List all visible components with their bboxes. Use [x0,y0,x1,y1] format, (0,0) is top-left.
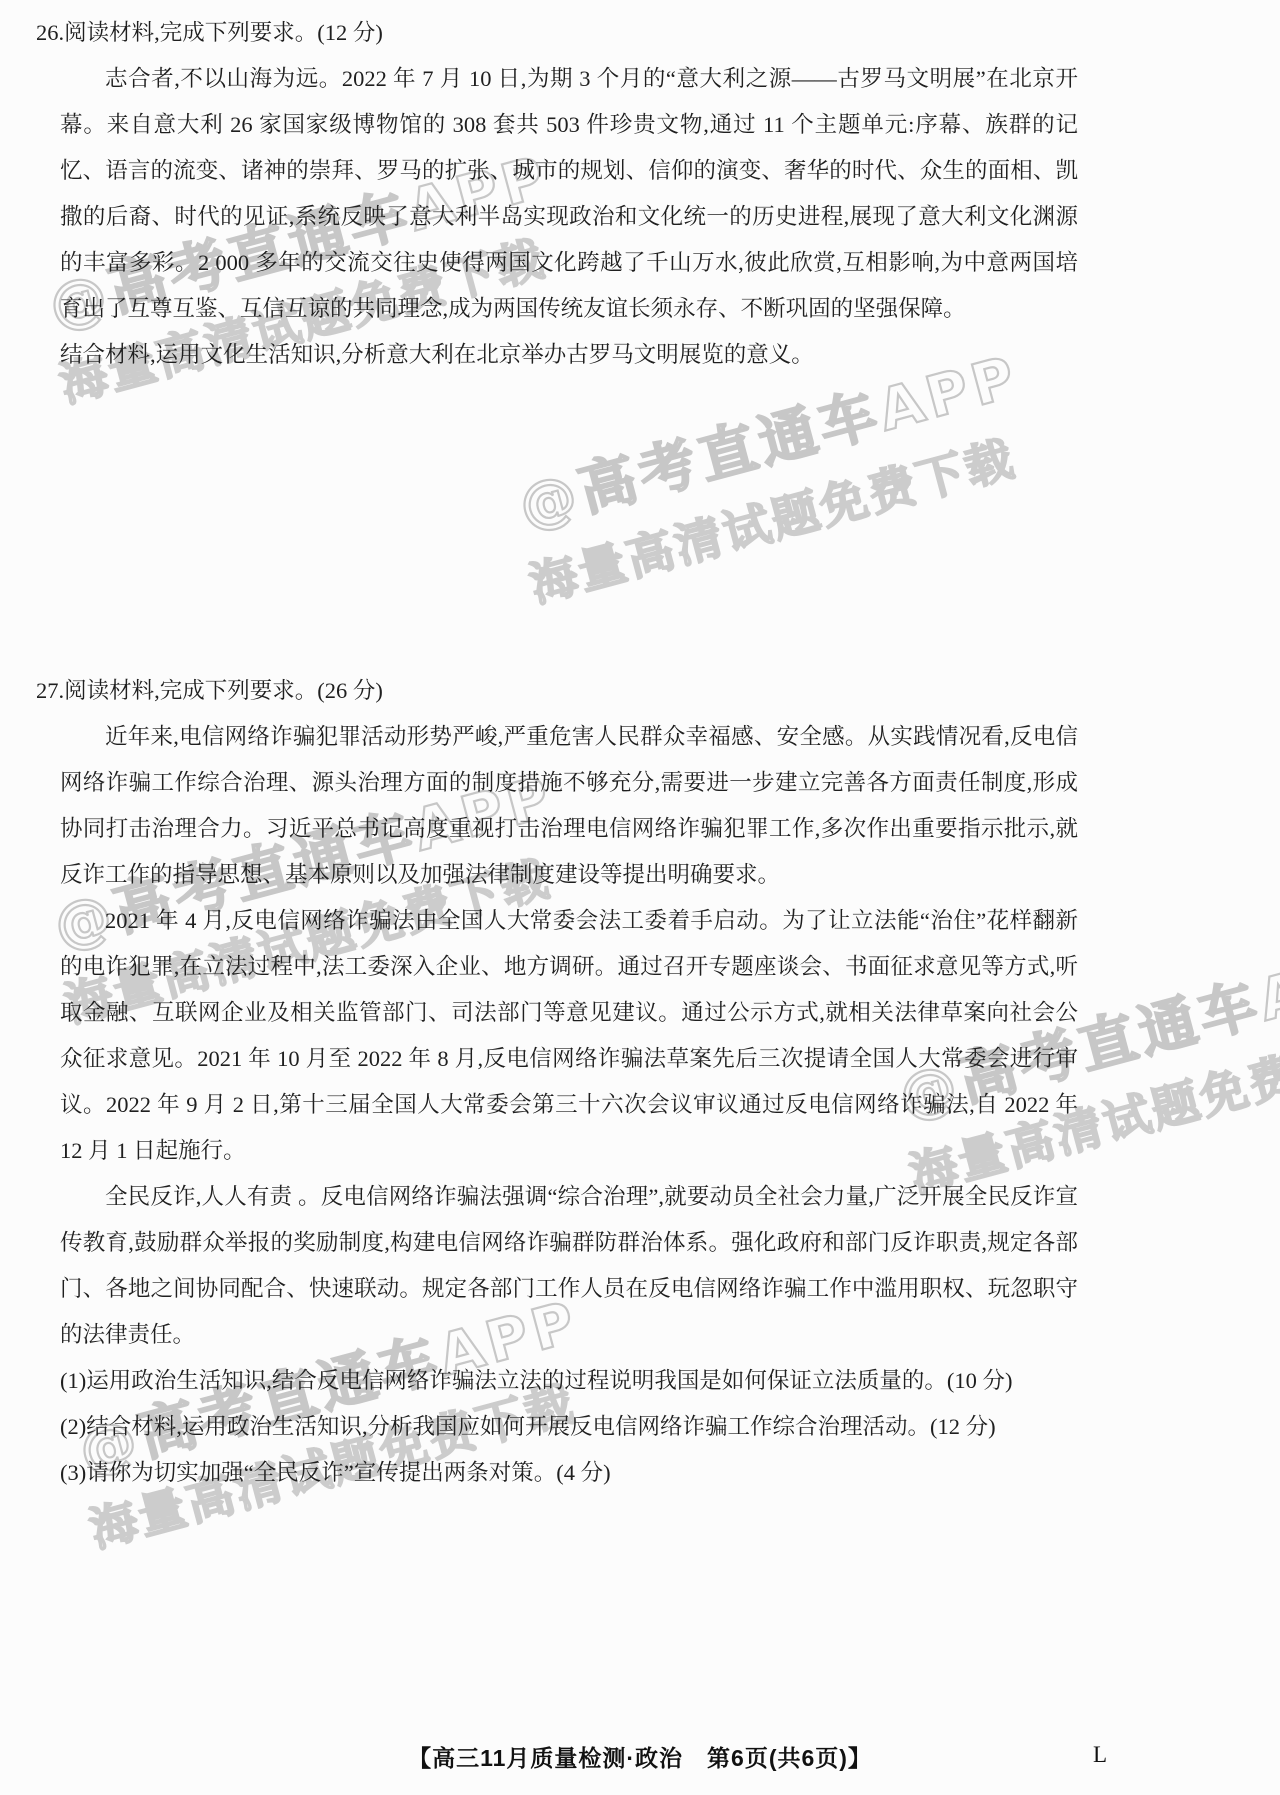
question-26-heading-line: 26.阅读材料,完成下列要求。(12 分) [36,10,1078,56]
question-26-number: 26. [36,20,64,45]
question-27-material-3: 全民反诈,人人有责 。反电信网络诈骗法强调“综合治理”,就要动员全社会力量,广泛… [60,1174,1078,1358]
question-27-material-2: 2021 年 4 月,反电信网络诈骗法由全国人大常委会法工委着手启动。为了让立法… [60,898,1078,1174]
exam-paper-page: @高考直通车APP 海量高清试题免费下载 @高考直通车APP 海量高清试题免费下… [0,0,1280,1795]
page-footer: 【高三11月质量检测·政治 第6页(共6页)】 L [0,1740,1280,1780]
question-26-heading: 阅读材料,完成下列要求。(12 分) [64,20,383,45]
question-26: 26.阅读材料,完成下列要求。(12 分) 志合者,不以山海为远。2022 年 … [36,10,1078,378]
watermark-tagline: 海量高清试题免费下载 [522,415,1046,616]
question-27-subquestion-2: (2)结合材料,运用政治生活知识,分析我国应如何开展反电信网络诈骗工作综合治理活… [60,1404,1078,1450]
question-27-subquestion-3: (3)请你为切实加强“全民反诈”宣传提出两条对策。(4 分) [60,1450,1078,1496]
question-27: 27.阅读材料,完成下列要求。(26 分) 近年来,电信网络诈骗犯罪活动形势严峻… [36,668,1078,1496]
question-27-subquestion-1: (1)运用政治生活知识,结合反电信网络诈骗法立法的过程说明我国是如何保证立法质量… [60,1358,1078,1404]
question-27-heading-line: 27.阅读材料,完成下列要求。(26 分) [36,668,1078,714]
questions-content: 26.阅读材料,完成下列要求。(12 分) 志合者,不以山海为远。2022 年 … [36,10,1078,378]
question-27-heading: 阅读材料,完成下列要求。(26 分) [64,678,383,703]
exam-page-body: { "watermark": { "line1": "@高考直通车APP", "… [0,0,1280,1795]
question-26-material: 志合者,不以山海为远。2022 年 7 月 10 日,为期 3 个月的“意大利之… [60,56,1078,332]
question-26-task: 结合材料,运用文化生活知识,分析意大利在北京举办古罗马文明展览的意义。 [60,332,1078,378]
page-version-marker: L [1093,1742,1107,1768]
question-27-number: 27. [36,678,64,703]
question-27-material-1: 近年来,电信网络诈骗犯罪活动形势严峻,严重危害人民群众幸福感、安全感。从实践情况… [60,714,1078,898]
footer-title-page-number: 【高三11月质量检测·政治 第6页(共6页)】 [0,1740,1280,1773]
